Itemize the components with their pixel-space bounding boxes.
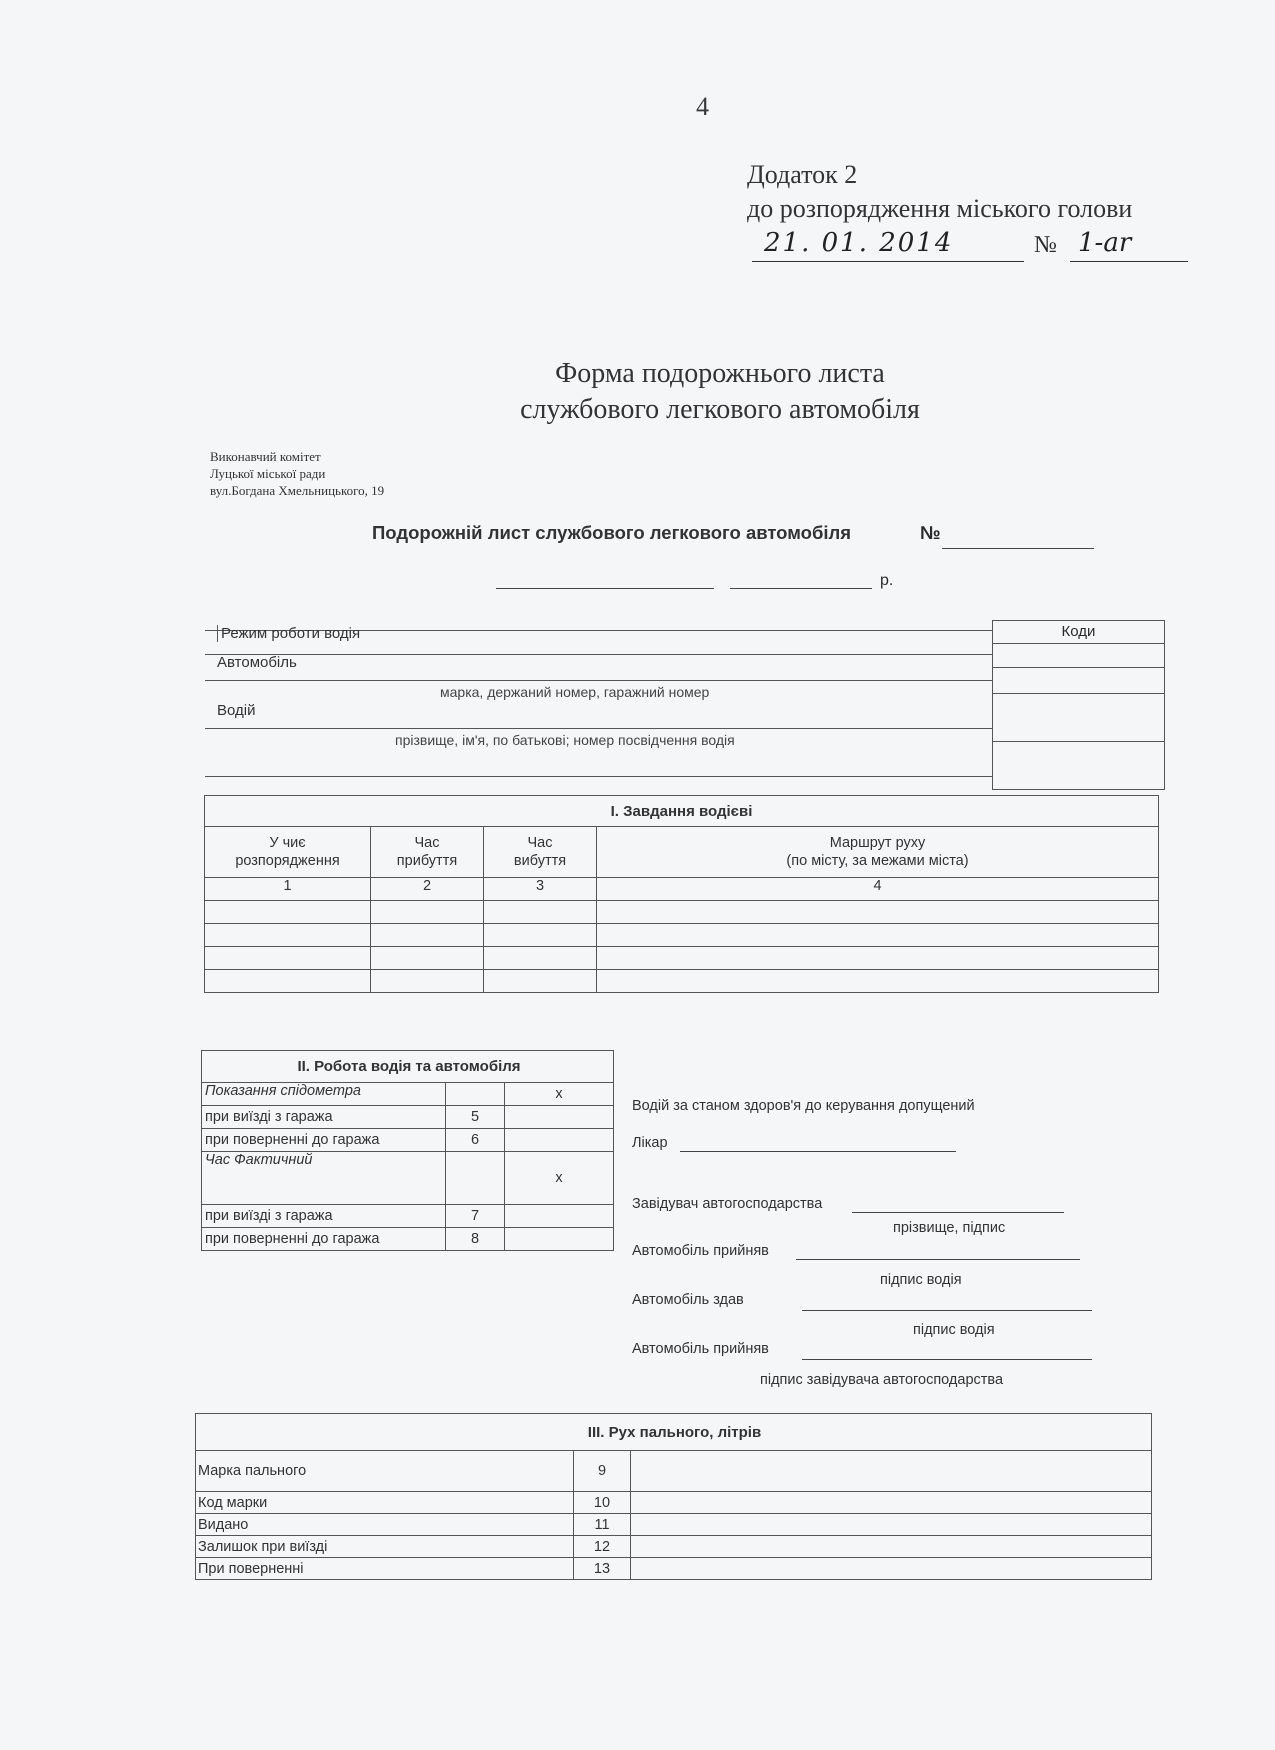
divider <box>993 643 1164 644</box>
codes-header: Коди <box>993 623 1164 640</box>
arrival-cell[interactable] <box>371 947 484 970</box>
column-numbers: 1 2 3 4 <box>205 878 1159 901</box>
na-mark: x <box>505 1083 614 1106</box>
driver-id-field[interactable] <box>205 776 992 777</box>
driver-task-table: I. Завдання водієві У чиєрозпорядження Ч… <box>204 795 1159 993</box>
row-code: 7 <box>446 1205 505 1228</box>
org-line3: вул.Богдана Хмельницького, 19 <box>210 482 384 499</box>
handwritten-number: 1-ar <box>1070 228 1188 262</box>
organization-address: Виконавчий комітет Луцької міської ради … <box>210 448 384 499</box>
fuel-return-field[interactable] <box>631 1558 1152 1580</box>
row-code: 10 <box>574 1492 631 1514</box>
row-code: 8 <box>446 1228 505 1251</box>
row-code: 11 <box>574 1514 631 1536</box>
form-title-line2: службового легкового автомобіля <box>400 392 1040 428</box>
car-handed-hint: підпис водія <box>913 1322 995 1338</box>
appendix-date-number: 21. 01. 2014 № 1-ar <box>752 228 1188 264</box>
table-row <box>205 947 1159 970</box>
doctor-label: Лікар <box>632 1135 668 1151</box>
row-label: Видано <box>196 1514 574 1536</box>
time-out-field[interactable] <box>505 1205 614 1228</box>
car-accepted2-hint: підпис завідувача автогосподарства <box>760 1372 1003 1388</box>
authority-cell[interactable] <box>205 970 371 993</box>
authority-cell[interactable] <box>205 901 371 924</box>
garage-head-label: Завідувач автогосподарства <box>632 1196 822 1212</box>
table-row: Видано 11 <box>196 1514 1152 1536</box>
driver-field[interactable] <box>205 728 992 729</box>
divider <box>993 667 1164 668</box>
section2-title: II. Робота водія та автомобіля <box>202 1051 614 1083</box>
table-row <box>205 970 1159 993</box>
table-row: Марка пального 9 <box>196 1451 1152 1492</box>
car-accepted2-label: Автомобіль прийняв <box>632 1341 769 1357</box>
divider <box>993 693 1164 694</box>
org-line2: Луцької міської ради <box>210 465 384 482</box>
car-handed-label: Автомобіль здав <box>632 1292 744 1308</box>
number-sign: № <box>1034 232 1057 259</box>
route-cell[interactable] <box>597 901 1159 924</box>
driver-hint: прізвище, ім'я, по батькові; номер посві… <box>395 732 735 748</box>
year-suffix: р. <box>880 572 893 590</box>
row-label: при поверненні до гаража <box>202 1129 446 1152</box>
speedometer-label: Показання спідометра <box>202 1083 446 1106</box>
org-line1: Виконавчий комітет <box>210 448 384 465</box>
table-row: при поверненні до гаража 8 <box>202 1228 614 1251</box>
car-field[interactable] <box>205 680 992 681</box>
row-label: При поверненні <box>196 1558 574 1580</box>
appendix-title: Додаток 2 <box>747 158 1132 192</box>
fuel-issued-field[interactable] <box>631 1514 1152 1536</box>
table-row <box>205 924 1159 947</box>
col-num: 3 <box>484 878 597 901</box>
departure-cell[interactable] <box>484 970 597 993</box>
car-accepted2-signature-field[interactable] <box>802 1359 1092 1360</box>
row-code: 6 <box>446 1129 505 1152</box>
authority-cell[interactable] <box>205 947 371 970</box>
car-label: Автомобіль <box>217 654 297 671</box>
table-row: Час Фактичний x <box>202 1152 614 1205</box>
col-num: 4 <box>597 878 1159 901</box>
car-accepted-label: Автомобіль прийняв <box>632 1243 769 1259</box>
divider <box>993 741 1164 742</box>
row-code: 12 <box>574 1536 631 1558</box>
na-mark: x <box>505 1152 614 1205</box>
col-header-route: Маршрут руху(по місту, за межами міста) <box>597 827 1159 878</box>
arrival-cell[interactable] <box>371 901 484 924</box>
odometer-out-field[interactable] <box>505 1106 614 1129</box>
row-label: при виїзді з гаража <box>202 1106 446 1129</box>
col-header-departure: Часвибуття <box>484 827 597 878</box>
route-cell[interactable] <box>597 947 1159 970</box>
car-accepted-hint: підпис водія <box>880 1272 962 1288</box>
fuel-movement-table: III. Рух пального, літрів Марка пального… <box>195 1413 1152 1580</box>
arrival-cell[interactable] <box>371 924 484 947</box>
work-mode-field[interactable] <box>205 654 992 655</box>
table-row: Залишок при виїзді 12 <box>196 1536 1152 1558</box>
work-mode-label: Режим роботи водія <box>217 625 360 642</box>
code-cell <box>446 1152 505 1205</box>
arrival-cell[interactable] <box>371 970 484 993</box>
date-year-field[interactable] <box>730 588 872 589</box>
table-row: при виїзді з гаража 5 <box>202 1106 614 1129</box>
section1-title: I. Завдання водієві <box>205 796 1159 827</box>
document-number-field[interactable] <box>942 548 1094 549</box>
fuel-code-field[interactable] <box>631 1492 1152 1514</box>
table-row: при поверненні до гаража 6 <box>202 1129 614 1152</box>
doctor-signature-field[interactable] <box>680 1151 956 1152</box>
departure-cell[interactable] <box>484 924 597 947</box>
appendix-subtitle: до розпорядження міського голови <box>747 192 1132 226</box>
departure-cell[interactable] <box>484 947 597 970</box>
row-label: Марка пального <box>196 1451 574 1492</box>
table-row: при виїзді з гаража 7 <box>202 1205 614 1228</box>
car-hint: марка, держаний номер, гаражний номер <box>440 684 709 700</box>
driver-vehicle-work-table: II. Робота водія та автомобіля Показання… <box>201 1050 614 1251</box>
vehicle-driver-info: Режим роботи водія Автомобіль марка, дер… <box>205 620 1165 790</box>
handwritten-date: 21. 01. 2014 <box>752 228 1024 262</box>
appendix-header: Додаток 2 до розпорядження міського голо… <box>747 158 1132 226</box>
codes-column: Коди <box>992 620 1165 790</box>
date-day-month-field[interactable] <box>496 588 714 589</box>
row-label: Залишок при виїзді <box>196 1536 574 1558</box>
driver-label: Водій <box>217 702 255 719</box>
route-cell[interactable] <box>597 924 1159 947</box>
document-number-label: № <box>920 522 941 544</box>
row-label: при поверненні до гаража <box>202 1228 446 1251</box>
route-cell[interactable] <box>597 970 1159 993</box>
col-num: 1 <box>205 878 371 901</box>
code-cell <box>446 1083 505 1106</box>
fuel-brand-field[interactable] <box>631 1451 1152 1492</box>
document-title: Подорожній лист службового легкового авт… <box>372 522 851 544</box>
table-header: У чиєрозпорядження Часприбуття Часвибутт… <box>205 827 1159 878</box>
row-label: Код марки <box>196 1492 574 1514</box>
health-statement: Водій за станом здоров'я до керування до… <box>632 1098 975 1114</box>
table-row <box>205 901 1159 924</box>
row-code: 5 <box>446 1106 505 1129</box>
col-header-authority: У чиєрозпорядження <box>205 827 371 878</box>
garage-head-hint: прізвище, підпис <box>893 1220 1005 1236</box>
time-return-field[interactable] <box>505 1228 614 1251</box>
table-row: При поверненні 13 <box>196 1558 1152 1580</box>
car-accepted-signature-field[interactable] <box>796 1259 1080 1260</box>
table-row: Показання спідометра x <box>202 1083 614 1106</box>
car-handed-signature-field[interactable] <box>802 1310 1092 1311</box>
form-title: Форма подорожнього листа службового легк… <box>400 356 1040 428</box>
authority-cell[interactable] <box>205 924 371 947</box>
form-title-line1: Форма подорожнього листа <box>400 356 1040 392</box>
row-code: 9 <box>574 1451 631 1492</box>
odometer-return-field[interactable] <box>505 1129 614 1152</box>
row-label: при виїзді з гаража <box>202 1205 446 1228</box>
table-row: Код марки 10 <box>196 1492 1152 1514</box>
col-num: 2 <box>371 878 484 901</box>
garage-head-signature-field[interactable] <box>852 1212 1064 1213</box>
section3-title: III. Рух пального, літрів <box>196 1414 1152 1451</box>
page-number: 4 <box>696 92 709 122</box>
row-code: 13 <box>574 1558 631 1580</box>
col-header-arrival: Часприбуття <box>371 827 484 878</box>
fuel-remaining-out-field[interactable] <box>631 1536 1152 1558</box>
actual-time-label: Час Фактичний <box>202 1152 446 1205</box>
departure-cell[interactable] <box>484 901 597 924</box>
